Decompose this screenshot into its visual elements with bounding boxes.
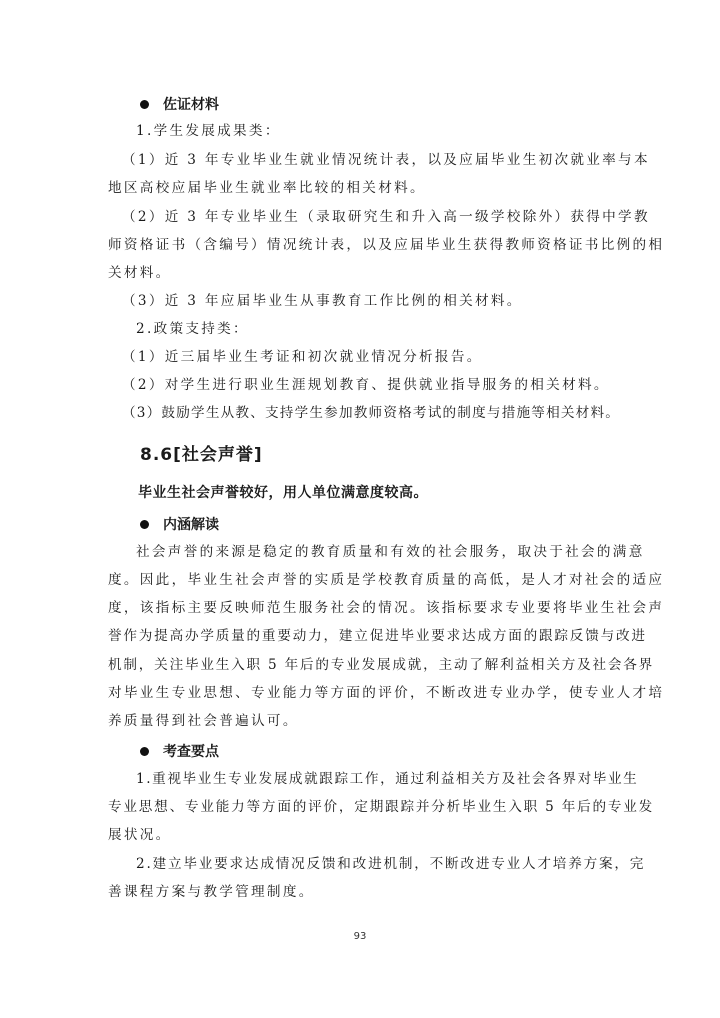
interpretation-line: 社会声誉的来源是稳定的教育质量和有效的社会服务，取决于社会的满意 (136, 543, 610, 561)
evidence-item3: （3）近 3 年应届毕业生从事教育工作比例的相关材料。 (122, 292, 624, 310)
interpretation-line: 养质量得到社会普遍认可。 (108, 712, 610, 730)
evidence-heading-text: 佐证材料 (163, 97, 219, 113)
section-title: 8.6[社会声誉] (140, 440, 263, 465)
evidence-item1-line2: 地区高校应届毕业生就业率比较的相关材料。 (108, 179, 610, 197)
page-number: 93 (0, 931, 720, 942)
interpretation-heading-text: 内涵解读 (163, 517, 219, 533)
key-points-heading-text: 考查要点 (163, 744, 219, 760)
bullet-icon (140, 520, 149, 529)
interpretation-line: 度，该指标主要反映师范生服务社会的情况。该指标要求专业要将毕业生社会声 (108, 599, 610, 617)
evidence-item1-line1: （1）近 3 年专业毕业生就业情况统计表，以及应届毕业生初次就业率与本 (122, 151, 610, 169)
key-points-heading: 考查要点 (140, 741, 219, 761)
key-point2-line: 2.建立毕业要求达成情况反馈和改进机制，不断改进专业人才培养方案，完 (136, 855, 610, 873)
key-point1-line: 1.重视毕业生专业发展成就跟踪工作，通过利益相关方及社会各界对毕业生 (136, 770, 610, 788)
document-page: 佐证材料 1.学生发展成果类： （1）近 3 年专业毕业生就业情况统计表，以及应… (0, 0, 720, 1018)
policy-item3: （3）鼓励学生从教、支持学生参加教师资格考试的制度与措施等相关材料。 (122, 404, 624, 422)
interpretation-line: 誉作为提高办学质量的重要动力，建立促进毕业要求达成方面的跟踪反馈与改进 (108, 627, 610, 645)
section-lead: 毕业生社会声誉较好，用人单位满意度较高。 (138, 482, 428, 502)
evidence-heading: 佐证材料 (140, 94, 219, 114)
evidence-item2-line1: （2）近 3 年专业毕业生（录取研究生和升入高一级学校除外）获得中学教 (122, 208, 610, 226)
bullet-icon (140, 747, 149, 756)
key-point1-line: 展状况。 (108, 826, 610, 844)
bullet-icon (140, 100, 149, 109)
evidence-item2-line3: 关材料。 (108, 264, 610, 282)
key-point2-line: 善课程方案与教学管理制度。 (108, 883, 610, 901)
policy-item2: （2）对学生进行职业生涯规划教育、提供就业指导服务的相关材料。 (122, 376, 624, 394)
policy-item1: （1）近三届毕业生考证和初次就业情况分析报告。 (122, 348, 624, 366)
key-point1-line: 专业思想、专业能力等方面的评价，定期跟踪并分析毕业生入职 5 年后的专业发 (108, 798, 610, 816)
interpretation-line: 度。因此，毕业生社会声誉的实质是学校教育质量的高低，是人才对社会的适应 (108, 571, 610, 589)
interpretation-line: 机制，关注毕业生入职 5 年后的专业发展成就，主动了解利益相关方及社会各界 (108, 656, 610, 674)
category1-title: 1.学生发展成果类： (136, 122, 610, 140)
evidence-item2-line2: 师资格证书（含编号）情况统计表，以及应届毕业生获得教师资格证书比例的相 (108, 236, 610, 254)
interpretation-line: 对毕业生专业思想、专业能力等方面的评价，不断改进专业办学，使专业人才培 (108, 684, 610, 702)
category2-title: 2.政策支持类： (136, 320, 610, 338)
interpretation-heading: 内涵解读 (140, 514, 219, 534)
